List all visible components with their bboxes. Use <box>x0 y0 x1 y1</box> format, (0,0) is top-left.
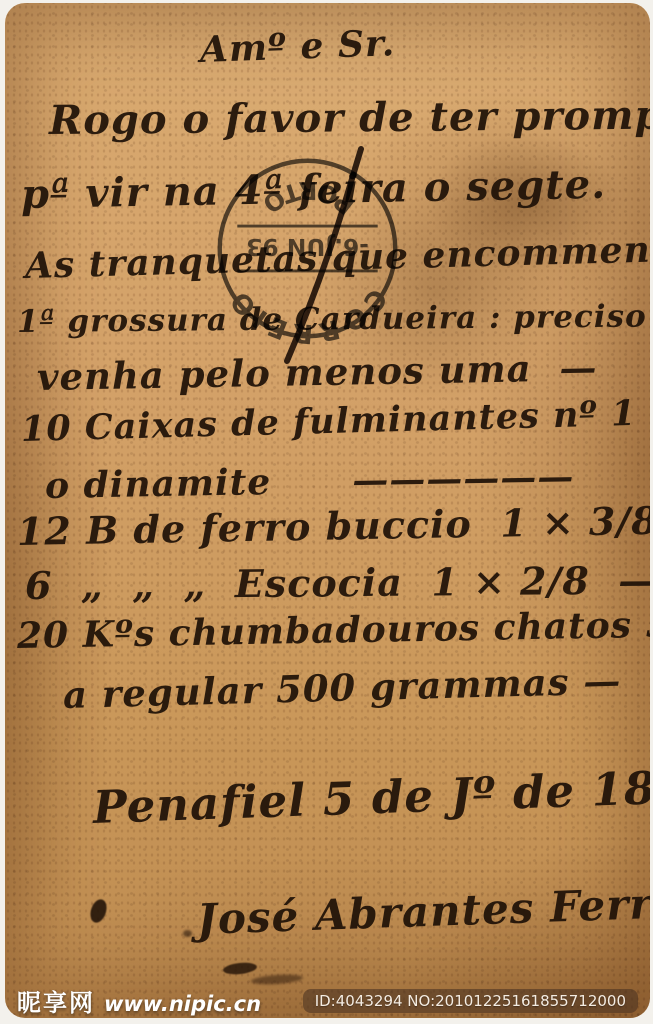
site-name: 昵享网 <box>17 983 95 1018</box>
signature-line: José Abrantes Ferrª <box>196 878 650 944</box>
page-background: Amº e Sr. Rogo o favor de ter prompto pª… <box>0 0 653 1024</box>
pen-flourish <box>263 143 413 368</box>
watermark-bar: 昵享网 www.nipic.cn ID:4043294 NO:201012251… <box>5 985 650 1016</box>
letter-line-9: 6 „ „ „ Escocia 1 × 2/8 — <box>25 557 650 608</box>
site-url: www.nipic.cn <box>104 992 261 1016</box>
image-id-badge: ID:4043294 NO:20101225161855712000 <box>303 989 638 1013</box>
date-line: Penafiel 5 de Jº de 1893 <box>92 759 650 834</box>
ink-blot <box>183 930 192 937</box>
letter-line-1: Rogo o favor de ter prompto <box>49 91 650 144</box>
letter-line-6: 10 Caixas de fulminantes nº 1 pª <box>20 391 650 450</box>
letter-line-11: a regular 500 grammas — <box>62 658 621 717</box>
site-logo: 昵享网 www.nipic.cn <box>17 983 261 1018</box>
ink-blot <box>223 961 258 975</box>
salutation-line: Amº e Sr. <box>199 22 396 71</box>
letter-line-7: o dinamite —————— <box>45 456 575 507</box>
ink-blot <box>88 897 110 924</box>
postcard: Amº e Sr. Rogo o favor de ter prompto pª… <box>5 3 650 1018</box>
letter-line-10: 20 Kºs chumbadouros chatos 5 fºs <box>17 602 650 657</box>
